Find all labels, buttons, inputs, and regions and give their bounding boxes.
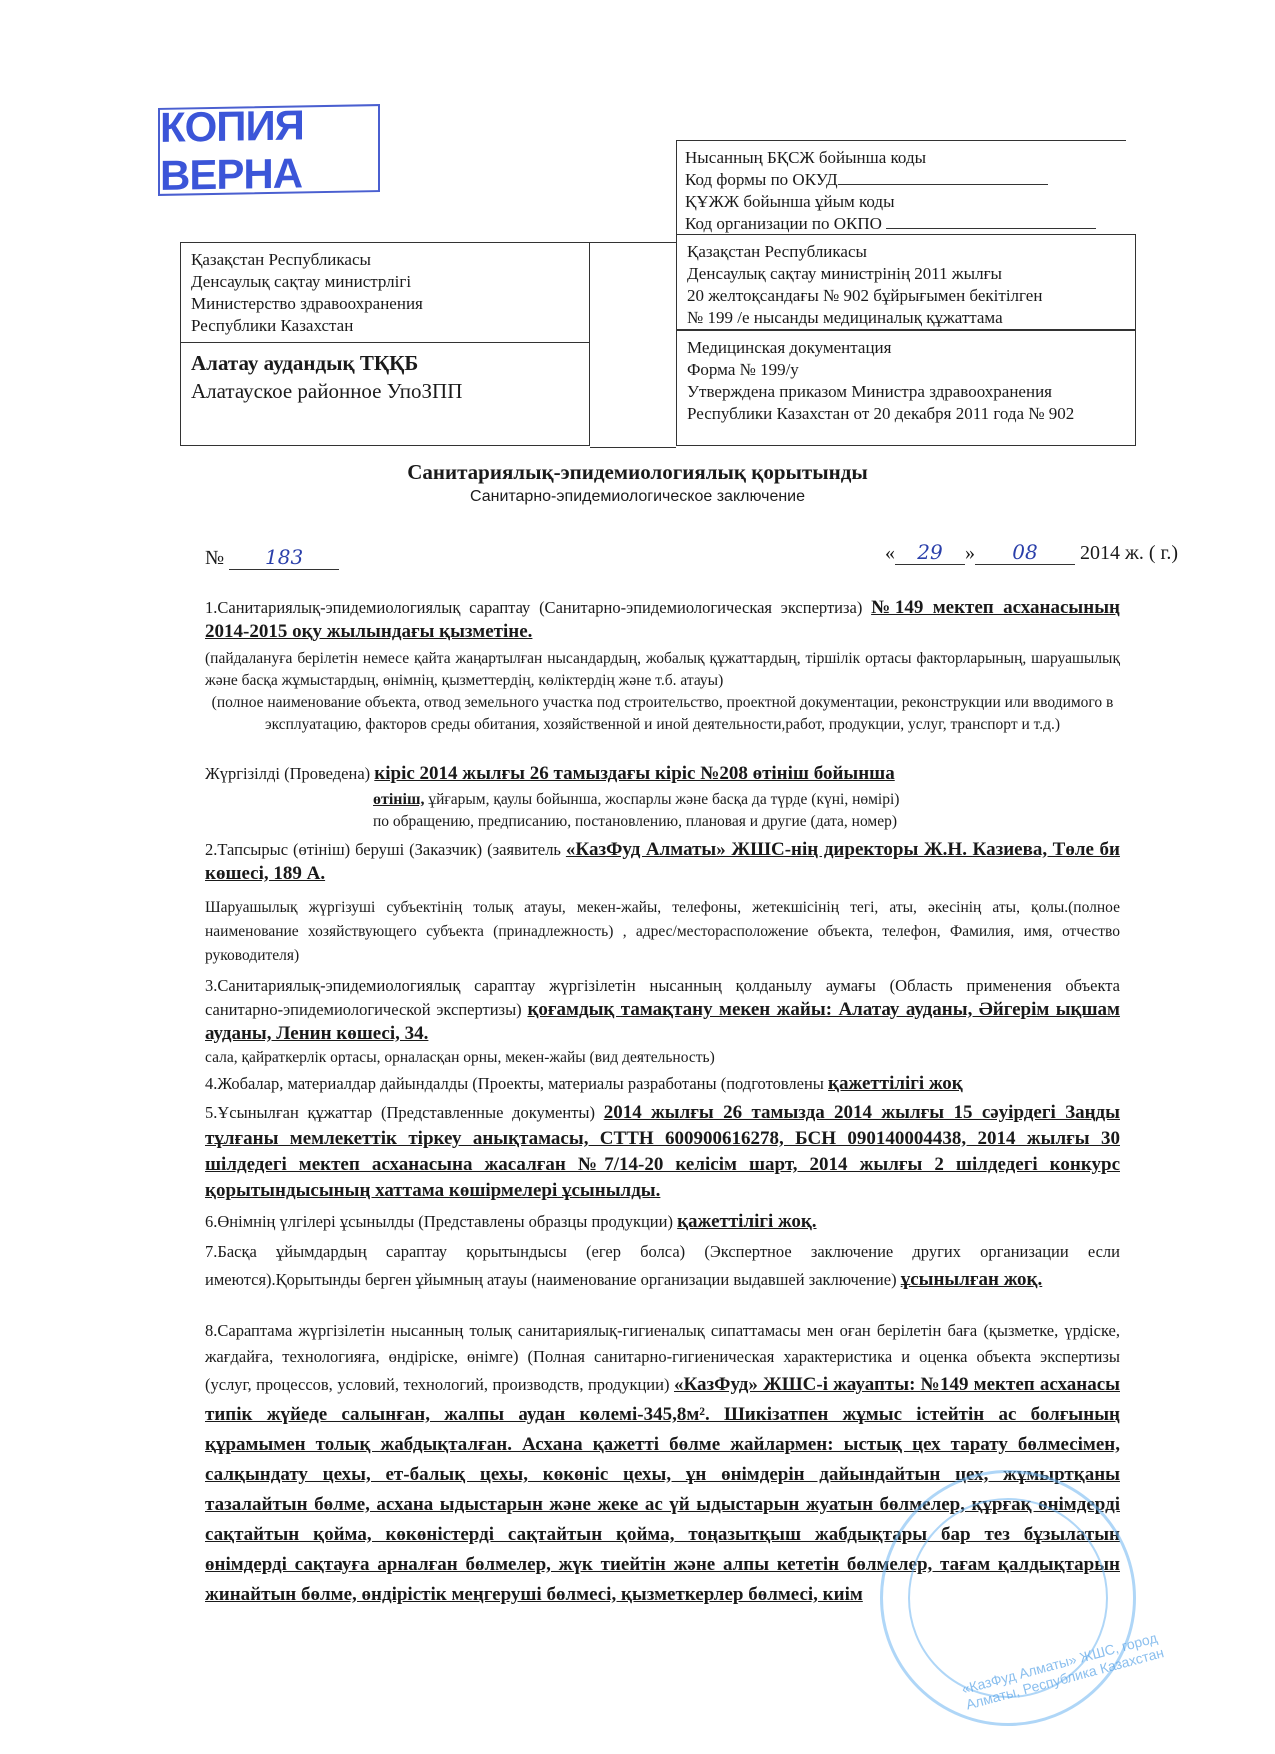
section-7: 7.Басқа ұйымдардың сараптау қорытындысы … [205,1238,1120,1294]
codes-line: Код формы по ОКУД [685,169,1118,191]
date-day: 29 [895,540,965,565]
section-4: 4.Жобалар, материалдар дайындалды (Проек… [205,1072,1120,1096]
ministry-line: Министерство здравоохранения [191,293,579,315]
date-month: 08 [975,540,1075,565]
conducted-hint-ru: по обращению, предписанию, постановлению… [373,810,1073,834]
section-1: 1.Санитариялық-эпидемиологиялық сараптау… [205,596,1120,644]
document-date: «29»08 2014 ж. ( г.) [885,540,1178,565]
approval-line: Утверждена приказом Министра здравоохран… [687,381,1125,403]
approval-line: 20 желтоқсандағы № 902 бұйрығымен бекіті… [687,285,1125,307]
section-5: 5.Ұсынылған құжаттар (Представленные док… [205,1100,1120,1204]
section-2: 2.Тапсырыс (өтініш) беруші (Заказчик) (з… [205,838,1120,886]
section-3: 3.Санитариялық-эпидемиологиялық сараптау… [205,974,1120,1046]
org-name-kz: Алатау аудандық ТҚҚБ [191,349,579,377]
section-3-hint: сала, қайраткерлік ортасы, орналасқан ор… [205,1046,1120,1070]
header-spacer [590,242,676,448]
section-2-hint: Шаруашылық жүргізуші субъектінің толық а… [205,896,1120,968]
section-6: 6.Өнімнің үлгілері ұсынылды (Представлен… [205,1210,1120,1234]
form-codes-box: Нысанның БҚСЖ бойынша коды Код формы по … [676,140,1126,234]
document-title-kz: Санитариялық-эпидемиологиялық қорытынды [0,460,1275,485]
approval-line: Форма № 199/у [687,359,1125,381]
copy-verified-stamp: КОПИЯ ВЕРНА [158,104,380,196]
conducted-hint-kz: өтініш, ұйғарым, қаулы бойынша, жоспарлы… [373,788,1073,812]
section-1-hint-ru: (полное наименование объекта, отвод земе… [205,692,1120,736]
ministry-header: Қазақстан Республикасы Денсаулық сақтау … [180,242,590,342]
organization-header: Алатау аудандық ТҚҚБ Алатауское районное… [180,342,590,446]
approval-line: Медицинская документация [687,337,1125,359]
codes-line: Нысанның БҚСЖ бойынша коды [685,147,1118,169]
form-approval-kz: Қазақстан Республикасы Денсаулық сақтау … [676,234,1136,330]
ministry-line: Денсаулық сақтау министрлігі [191,271,579,293]
approval-line: Қазақстан Республикасы [687,241,1125,263]
ministry-line: Қазақстан Республикасы [191,249,579,271]
document-title-ru: Санитарно-эпидемиологическое заключение [0,488,1275,506]
form-approval-ru: Медицинская документация Форма № 199/у У… [676,330,1136,446]
date-year: 2014 ж. ( г.) [1080,542,1178,564]
approval-line: № 199 /е нысанды медициналық құжаттама [687,307,1125,329]
approval-line: Республики Казахстан от 20 декабря 2011 … [687,403,1125,425]
org-name-ru: Алатауское районное УпоЗПП [191,377,579,405]
approval-line: Денсаулық сақтау министрінің 2011 жылғы [687,263,1125,285]
conducted-field: Жүргізілді (Проведена) кіріс 2014 жылғы … [205,762,1120,786]
ministry-line: Республики Казахстан [191,315,579,337]
codes-line: ҚҰЖЖ бойынша ұйым коды [685,191,1118,213]
codes-line: Код организации по ОКПО [685,213,1118,235]
document-number: № 183 [205,545,339,570]
section-1-hint-kz: (пайдалануға берілетін немесе қайта жаңа… [205,648,1120,692]
number-value: 183 [229,545,339,570]
